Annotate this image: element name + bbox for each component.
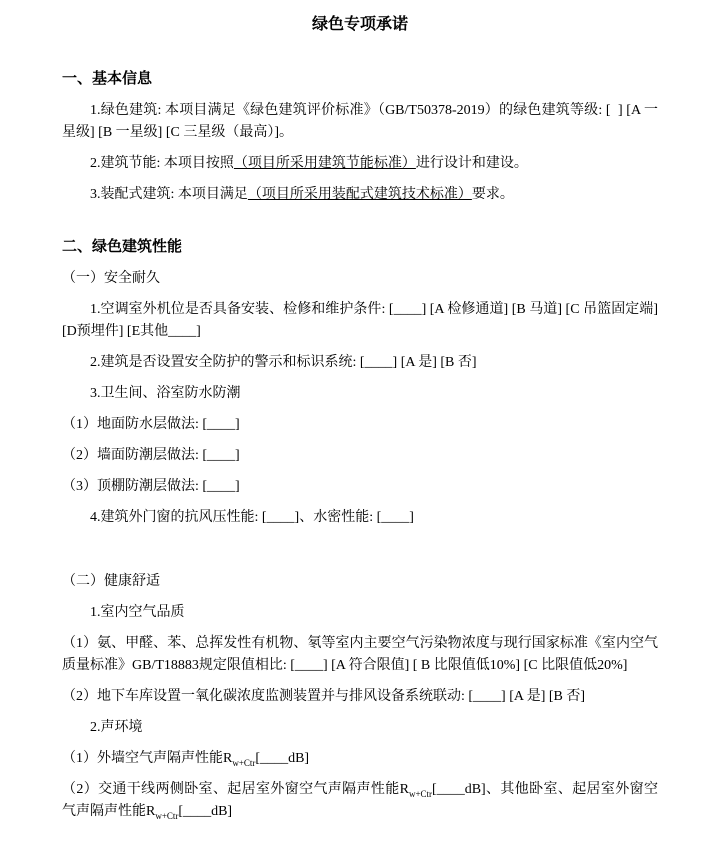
text-run: 2.建筑是否设置安全防护的警示和标识系统: [____] [A 是] [B 否] [90,355,477,370]
para-acoustic-environment: 2.声环境 [62,717,658,739]
para-1-green-building: 1.绿色建筑: 本项目满足《绿色建筑评价标准》（GB/T50378-2019）的… [62,100,658,144]
text-run: [____dB] [255,751,309,766]
text-run: （2）墙面防潮层做法: [____] [62,448,240,463]
text-run: （1）外墙空气声隔声性能R [62,751,232,766]
para-window-performance: 4.建筑外门窗的抗风压性能: [____]、水密性能: [____] [62,507,658,529]
section-1-heading: 一、基本信息 [62,68,658,90]
para-3-prefabricated: 3.装配式建筑: 本项目满足（项目所采用装配式建筑技术标准）要求。 [62,184,658,206]
text-run: 2.建筑节能: 本项目按照 [90,156,234,171]
subscript-run: w+Ctr [155,811,178,821]
text-run: 进行设计和建设。 [416,156,528,171]
text-run: 3.卫生间、浴室防水防潮 [90,386,241,401]
para-floor-waterproof: （1）地面防水层做法: [____] [62,414,658,436]
para-wall-moistureproof: （2）墙面防潮层做法: [____] [62,445,658,467]
subscript-run: w+Ctr [232,758,255,768]
text-run: 3.装配式建筑: 本项目满足 [90,187,248,202]
text-run: （3）顶棚防潮层做法: [____] [62,479,240,494]
text-run: （二）健康舒适 [62,574,160,589]
para-garage-co-monitor: （2）地下车库设置一氧化碳浓度监测装置并与排风设备系统联动: [____] [A… [62,686,658,708]
group-1-safety-durability: （一）安全耐久 [62,268,658,290]
document-title: 绿色专项承诺 [62,12,658,38]
text-run: 1.空调室外机位是否具备安装、检修和维护条件: [____] [A 检修通道] … [62,302,658,339]
para-exterior-wall-sound: （1）外墙空气声隔声性能Rw+Ctr[____dB] [62,748,658,770]
para-air-pollutants: （1）氨、甲醛、苯、总挥发性有机物、氡等室内主要空气污染物浓度与现行国家标准《室… [62,633,658,677]
text-run: 要求。 [472,187,514,202]
text-run: 1.绿色建筑: 本项目满足《绿色建筑评价标准》（GB/T50378-2019）的… [62,103,658,140]
text-run: 4.建筑外门窗的抗风压性能: [____]、水密性能: [____] [90,510,414,525]
para-safety-warning-system: 2.建筑是否设置安全防护的警示和标识系统: [____] [A 是] [B 否] [62,352,658,374]
underlined-field: （项目所采用建筑节能标准） [234,156,416,171]
text-run: （2）交通干线两侧卧室、起居室外窗空气声隔声性能R [62,782,409,797]
para-indoor-air-quality: 1.室内空气品质 [62,602,658,624]
document-body: 一、基本信息1.绿色建筑: 本项目满足《绿色建筑评价标准》（GB/T50378-… [62,68,658,823]
para-2-energy-saving: 2.建筑节能: 本项目按照（项目所采用建筑节能标准）进行设计和建设。 [62,153,658,175]
text-run: 1.室内空气品质 [90,605,185,620]
para-bathroom-waterproof: 3.卫生间、浴室防水防潮 [62,383,658,405]
document-page: 绿色专项承诺 一、基本信息1.绿色建筑: 本项目满足《绿色建筑评价标准》（GB/… [0,0,710,862]
section-2-heading: 二、绿色建筑性能 [62,236,658,258]
text-run: 2.声环境 [90,720,143,735]
para-traffic-sound: （2）交通干线两侧卧室、起居室外窗空气声隔声性能Rw+Ctr[____dB]、其… [62,779,658,823]
text-run: （2）地下车库设置一氧化碳浓度监测装置并与排风设备系统联动: [____] [A… [62,689,585,704]
text-run: 一、基本信息 [62,71,152,87]
text-run: （一）安全耐久 [62,271,160,286]
group-2-health-comfort: （二）健康舒适 [62,571,658,593]
para-ac-outdoor-unit: 1.空调室外机位是否具备安装、检修和维护条件: [____] [A 检修通道] … [62,299,658,343]
subscript-run: w+Ctr [409,789,432,799]
text-run: [____dB] [178,804,232,819]
text-run: （1）氨、甲醛、苯、总挥发性有机物、氡等室内主要空气污染物浓度与现行国家标准《室… [62,636,658,673]
underlined-field: （项目所采用装配式建筑技术标准） [248,187,472,202]
text-run: 二、绿色建筑性能 [62,239,182,255]
text-run: （1）地面防水层做法: [____] [62,417,240,432]
para-ceiling-moistureproof: （3）顶棚防潮层做法: [____] [62,476,658,498]
